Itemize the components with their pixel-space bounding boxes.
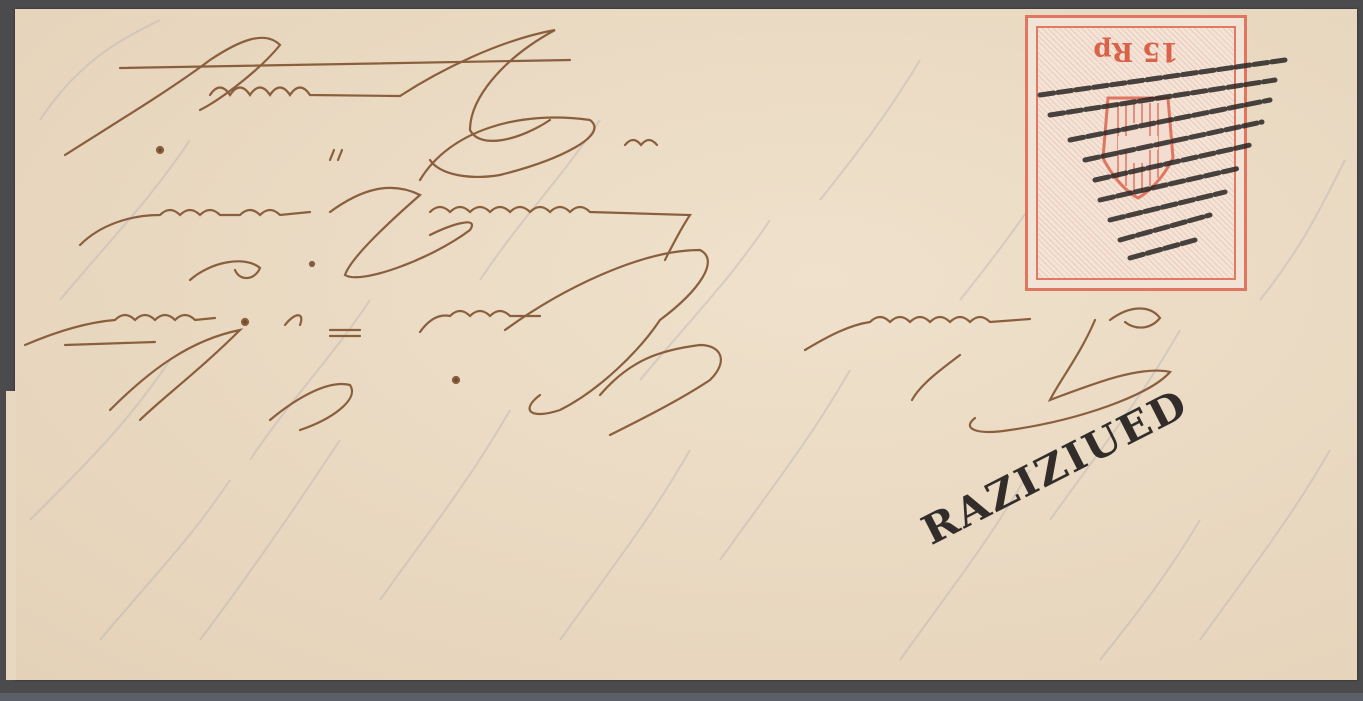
grid-cancellation (0, 0, 1363, 701)
